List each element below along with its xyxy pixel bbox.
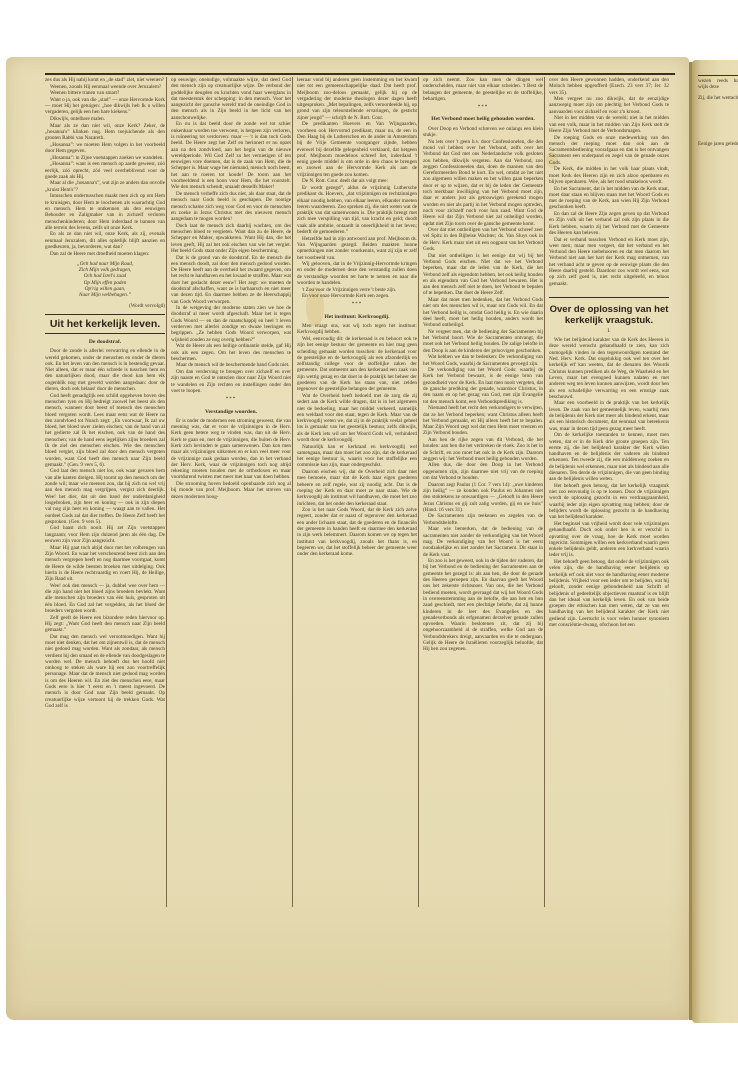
section-heading: Uit het kerkelijk leven. (45, 314, 165, 334)
paragraph: Nu iets over 't geen b.v. door Confessio… (423, 139, 543, 227)
paragraph: leeraar vond bij anderen geen instemming… (297, 77, 417, 121)
paragraph: Men vraagt ons, wat wij toch tegen het i… (297, 323, 417, 336)
paragraph: Maar een voorbeeld in de praktijk van he… (549, 400, 669, 431)
paragraph: Dikwijls, ontelbare malen. (45, 116, 165, 122)
adjacent-fragment: Zij, die het wettachen (698, 95, 738, 101)
paragraph: Dan zal de Heere met droefheid moeten kl… (45, 251, 165, 257)
column-5-intro: over den Heere gewonnen hadden, onderken… (549, 77, 669, 287)
paragraph: Niemand heeft het recht den verkondigers… (423, 405, 543, 436)
paragraph: Wee! ook den mensch — ja, dubbel wee ove… (45, 583, 165, 614)
paragraph: En dan zal de Heere Zijn zegen geven op … (549, 211, 669, 236)
poem: „Och had naar Mijn Raad,Zich Mijn volk g… (45, 261, 165, 299)
paragraph: De N. Rott. Cour. deelt dat als volgt me… (297, 178, 417, 184)
paragraph: En zoo is het geweest, ook in de tijden … (423, 558, 543, 652)
paragraph: Intusschen ondertusschen maakt men zich … (45, 193, 165, 231)
paragraph: Wat hebben we dan te bedenken: De verkon… (423, 354, 543, 367)
paragraph: Maar Hij gaat toch altijd door met het v… (45, 545, 165, 583)
paragraph: De Sacramenten zijn teekenen en zegelen … (423, 513, 543, 526)
paragraph: „Hosanna”: want is een mensch op aarde g… (45, 161, 165, 180)
paragraph: zes dus als Hij nabij komt en „de stad” … (45, 77, 165, 83)
article-kerkelijk-vraagstuk-body: Wie het belijdend karakter van de Kerk d… (549, 337, 669, 628)
separator-stars: *** (297, 302, 417, 308)
paragraph: 't Zou voor de Vrijzinnigen verre 't bes… (297, 287, 417, 293)
paragraph: In de wetgeving der moderne staten zien … (171, 305, 291, 343)
paragraph: Daarom zegt Paulus (1 Cor. 7 vers 14): „… (423, 482, 543, 513)
paragraph: Er wordt gezegd”, aldus de vrijzinnig Lu… (297, 185, 417, 235)
paragraph: De roeping Gods en onze medewerking van … (549, 135, 669, 166)
paragraph: Aan hen de rijke zegen van dit Verbond, … (423, 437, 543, 462)
paragraph: Dat mag den mensch wel verootmoedigen. W… (45, 634, 165, 710)
paragraph: Over Doop en Verbond schreven we onlangs… (423, 126, 543, 139)
paragraph: God haast zich nooit. Hij zet Zijn voets… (45, 525, 165, 544)
paragraph: Dat niet ontheiligen is het eenige dat w… (423, 253, 543, 297)
paragraph: Wel, eenvoudig dit: de kerkeraad is en b… (297, 336, 417, 393)
paragraph: over den Heere gewonnen hadden, onderken… (549, 77, 669, 96)
paragraph: Wij gelooven, dat in de Vrijzinnig-Hervo… (297, 261, 417, 286)
article-verbond-body: Over Doop en Verbond schreven we onlangs… (423, 126, 543, 653)
part-number: I. (549, 328, 669, 334)
paragraph: Om dan verderving te brengen over zichze… (171, 369, 291, 394)
paragraph: Dat is de grond van de doodstraf. En de … (171, 255, 291, 305)
top-rule (45, 73, 675, 75)
paragraph: Wat de Heere als een heilige ordinantie … (171, 343, 291, 362)
paragraph: „Hosanna”: we moeten Hem volgen in het v… (45, 142, 165, 155)
paragraph: Om de kerkelijke toestanden te kennen, m… (549, 432, 669, 482)
paragraph: Want o ja, ook van die „stad” — onze Her… (45, 97, 165, 116)
paragraph: Wie het belijdend karakter van de Kerk d… (549, 337, 669, 400)
column-3-body: leeraar vond bij anderen geen instemming… (297, 77, 417, 299)
article-verstandige-woorden-body: Er is onder de modernen een stroming gew… (171, 418, 291, 500)
adjacent-page-rule (698, 75, 738, 76)
paragraph: Er is onder de modernen een stroming gew… (171, 418, 291, 481)
article-heading-doodstraf: De doodstraf. (45, 339, 165, 345)
paragraph: Zoo is het naar Gods Woord, dat de Kerk … (297, 507, 417, 557)
paragraph: En voor onze Hervormde Kerk een zegen. (297, 293, 417, 299)
column-2-body: op eeuwige, oneindige, volmaakte wijze, … (171, 77, 291, 394)
paragraph: Niet in het midden van de wereld; niet i… (549, 115, 669, 134)
column-4-intro: op zich neemt. Zoo kan men de dingen wel… (423, 77, 543, 102)
paragraph: Natuurlijk kan er kerkraad en kerkvoogdi… (297, 444, 417, 469)
poem-line: Naar Mijn welbehagen.” (45, 292, 165, 298)
column-4: op zich neemt. Zoo kan men de dingen wel… (423, 77, 543, 907)
paragraph: Doch laat de mensch zich daarbij wachten… (171, 223, 291, 254)
paragraph: En als ze dan niet wil, onze Kerk, als z… (45, 231, 165, 250)
article-heading-kerkvoogdij: Het instituut: Kerkvoogdij. (297, 314, 417, 320)
paragraph: De verkondiging van het Woord Gods: waar… (423, 367, 543, 405)
paragraph: Weenen, zooals Hij eenmaal weende over J… (45, 84, 165, 90)
adjacent-fragment: wezen reeds handhaving wijls deze (698, 78, 738, 91)
paragraph: De mensch verheffe zich dus niet, als da… (171, 191, 291, 222)
separator-stars: *** (423, 105, 543, 111)
article-heading-verbond: Het Verbond moet heilig gehouden worden. (423, 116, 543, 122)
paragraph: Dat er verband tusschen Verbond en Kerk … (549, 237, 669, 287)
paragraph: De predikanten Hoevers en Van Wijngaarde… (297, 121, 417, 178)
column-3: leeraar vond bij anderen geen instemming… (297, 77, 417, 907)
paragraph: Maar dat moet men bedenken, dat het Verb… (423, 297, 543, 328)
paragraph: Men vergeet nu zoo dikwijls, dat de eenz… (549, 96, 669, 115)
paragraph: op zich neemt. Zoo kan men de dingen wel… (423, 77, 543, 102)
paragraph: Zelf geeft de Heere een bizondere reden … (45, 615, 165, 634)
paragraph: Maar al die „hosanna's”, wat zijn ze and… (45, 180, 165, 193)
adjacent-page: wezen reeds handhaving wijls deze Zij, d… (692, 60, 738, 1023)
adjacent-fragment: Eenige jaren geleden (698, 141, 738, 147)
to-be-continued: (Wordt vervolgd) (45, 303, 165, 309)
column-rule (166, 77, 167, 907)
paragraph: God laat den mensch niet los, ook waar g… (45, 468, 165, 525)
paragraph: Die strooming hoven bedoeld openbaarde z… (171, 481, 291, 500)
paragraph: Maar als ze dan niet wil, onze Kerk? Zek… (45, 123, 165, 142)
column-1: zes dus als Hij nabij komt en „de stad” … (45, 77, 165, 907)
article-kerkvoogdij-body: Men vraagt ons, wat wij toch tegen het i… (297, 323, 417, 557)
paragraph: „Hosanna”: in Zijne voetstappen zoeken w… (45, 155, 165, 161)
paragraph: Weenen bittere tranen van smart? (45, 90, 165, 96)
paragraph: Daarom eischen wij, dat de Overheid zich… (297, 469, 417, 507)
paragraph: Hetzelfde had in zijn antwoord aan prof.… (297, 236, 417, 261)
column-rule (292, 77, 293, 907)
paragraph: Allen dus, die door den Doop in het Verb… (423, 462, 543, 481)
separator-stars: *** (171, 397, 291, 403)
paragraph: En nu is dat beeld door de zonde wel tot… (171, 121, 291, 190)
adjacent-page-text: wezen reeds handhaving wijls deze Zij, d… (698, 78, 738, 147)
paragraph: Over dat niet ontheiligen van het Verbon… (423, 227, 543, 252)
paragraph: Door de zonde is allerlei verwarring en … (45, 348, 165, 392)
paragraph: Het beginsel van vrijheid wordt door vel… (549, 521, 669, 559)
article-heading-verstandige-woorden: Verstandige woorden. (171, 409, 291, 415)
paragraph: Ne vergeet men, dat de bediening der Sac… (423, 329, 543, 354)
column-rule (544, 77, 545, 907)
paragraph: op eeuwige, oneindige, volmaakte wijze, … (171, 77, 291, 121)
paragraph: God heeft genadiglijk een schild opgehev… (45, 393, 165, 469)
column-1-intro: zes dus als Hij nabij komt en „de stad” … (45, 77, 165, 257)
column-2: op eeuwige, oneindige, volmaakte wijze, … (171, 77, 291, 907)
paragraph: En het Sacrament, dat in het midden van … (549, 186, 669, 211)
paragraph: Maar de mensch wil de beschermende hand … (171, 362, 291, 368)
article-heading-kerkelijk-vraagstuk: Over de oplossing van het kerkelijk vraa… (549, 297, 669, 326)
paragraph: Maar wie bemerken, dat de bediening van … (423, 526, 543, 557)
paragraph: Wat de Overheid heeft bedoeld met de zor… (297, 393, 417, 443)
column-rule (418, 77, 419, 907)
paragraph: Het behoeft geen betoog, dat het kerkeli… (549, 483, 669, 521)
paragraph: Het behoeft geen betoog, dat onder de vr… (549, 559, 669, 628)
column-5: over den Heere gewonnen hadden, onderken… (549, 77, 669, 907)
article-doodstraf-body: Door de zonde is allerlei verwarring en … (45, 348, 165, 709)
paragraph: De Kerk, die midden in het volk haar pla… (549, 166, 669, 185)
